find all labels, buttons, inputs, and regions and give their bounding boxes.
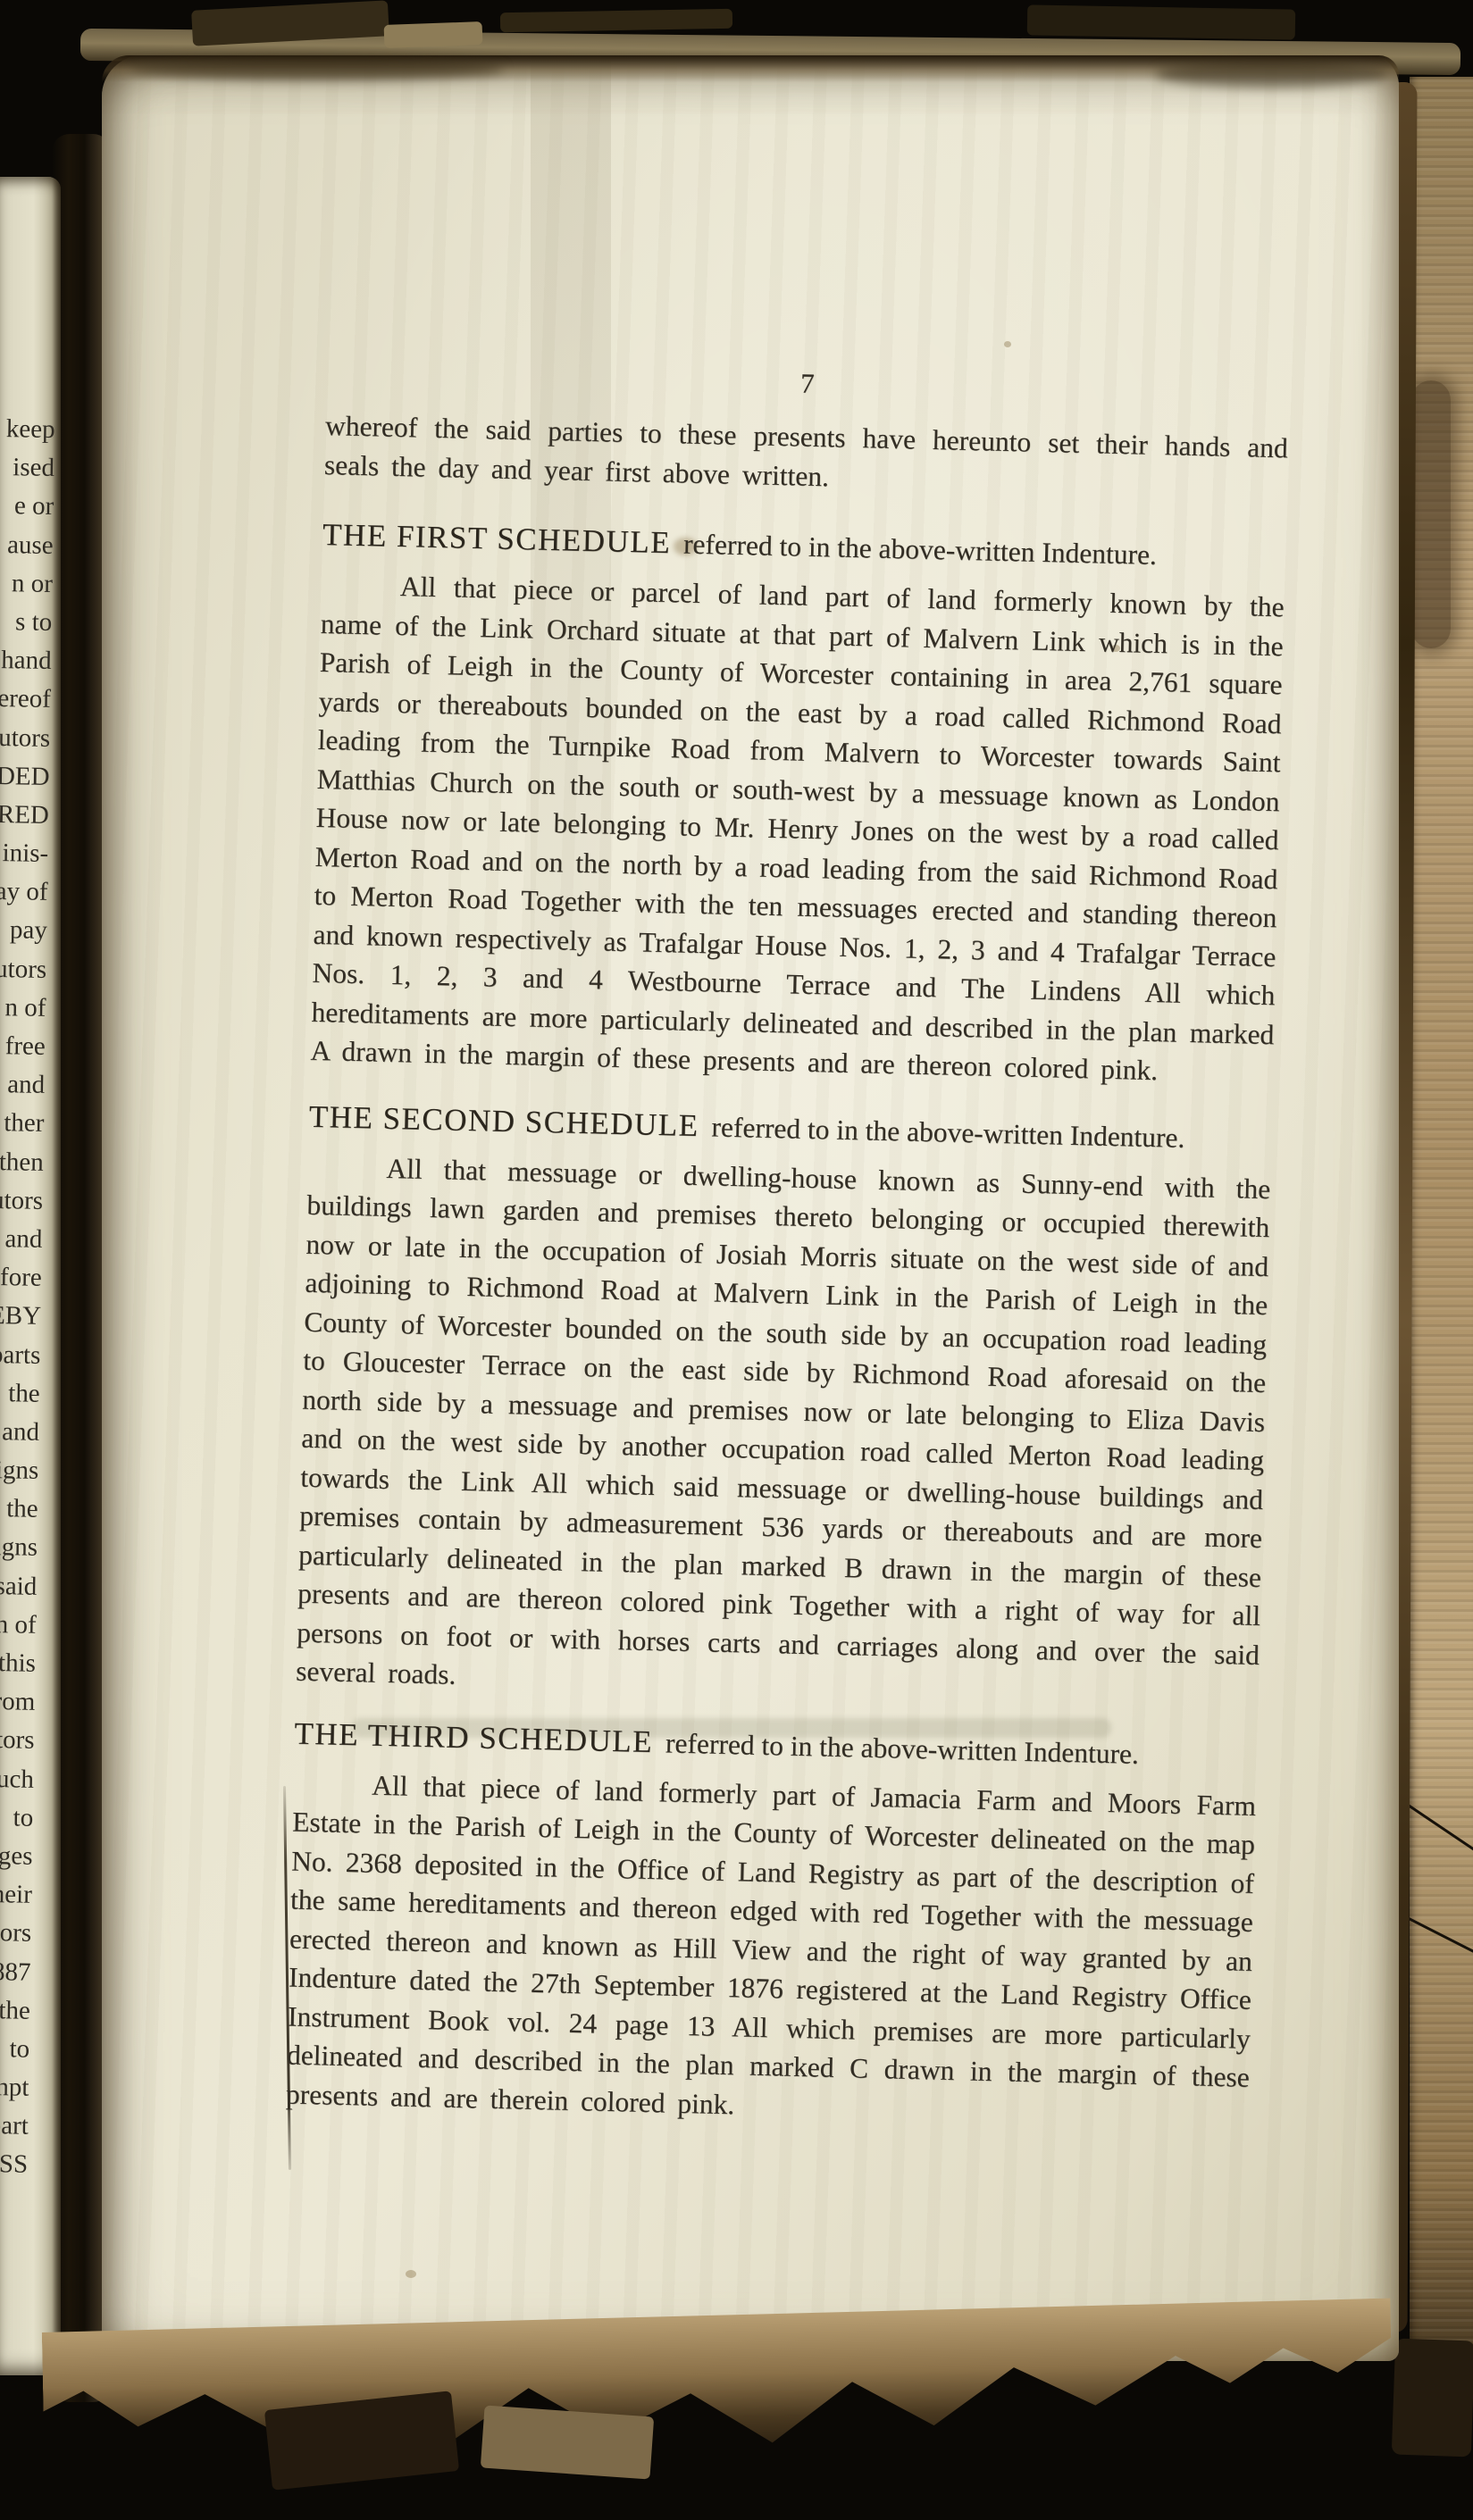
- prev-page-fragment: the: [0, 1991, 30, 2031]
- schedule-body: All that piece of land formerly part of …: [286, 1764, 1257, 2136]
- prev-page-fragment: ther: [0, 1104, 45, 1143]
- schedule-body: All that piece or parcel of land part of…: [310, 565, 1285, 1093]
- prev-page-fragment: and: [0, 1065, 45, 1105]
- schedule-suffix: referred to in the above-written Indentu…: [711, 1111, 1185, 1153]
- prev-page-fragment: ESS: [0, 2145, 28, 2184]
- intro-paragraph: whereof the said parties to these presen…: [324, 406, 1289, 506]
- prev-page-fragment: this: [0, 1644, 36, 1683]
- torn-edge-chunk: [1392, 2338, 1473, 2457]
- prev-page-fragment: uch: [0, 1759, 34, 1798]
- prev-page-fragment: igns: [0, 1528, 38, 1567]
- schedule-third: THE THIRD SCHEDULEreferred to in the abo…: [286, 1714, 1258, 2136]
- prev-page-fragment: ereof: [0, 680, 51, 719]
- burned-debris: [384, 21, 483, 48]
- prev-page-fragment: DED: [0, 757, 50, 797]
- prev-page-fragment: then: [0, 1143, 44, 1182]
- prev-page-fragment: n of: [0, 1606, 37, 1645]
- prev-page-fragment: utors: [0, 950, 47, 989]
- prev-page-fragment: tors: [0, 1721, 35, 1760]
- prev-page-fragment: igns: [0, 1451, 39, 1490]
- prev-page-fragment: s to: [0, 603, 53, 642]
- prev-page-fragment: tors: [0, 1914, 32, 1953]
- document-page: 7 whereof the said parties to these pres…: [102, 55, 1399, 2361]
- prev-page-fragment: npt: [0, 2068, 29, 2107]
- prev-page-fragment: n or: [0, 564, 53, 604]
- prev-page-text: keepisede orausen ors tohandereofutorsDE…: [0, 410, 55, 2184]
- schedule-body: All that messuage or dwelling-house know…: [296, 1147, 1271, 1713]
- prev-page-fragment: to: [0, 1798, 34, 1838]
- book-photo: keepisede orausen ors tohandereofutorsDE…: [0, 0, 1473, 2520]
- prev-page-fragment: hand: [0, 641, 52, 680]
- edge-notch: [1411, 380, 1451, 648]
- prev-page-fragment: e or: [0, 487, 54, 526]
- prev-page-fragment: efore: [0, 1258, 42, 1298]
- prev-page-fragment: ised: [1, 448, 55, 488]
- schedule-first: THE FIRST SCHEDULEreferred to in the abo…: [310, 515, 1285, 1093]
- schedule-title: THE THIRD SCHEDULE: [294, 1715, 653, 1758]
- schedule-second: THE SECOND SCHEDULEreferred to in the ab…: [296, 1097, 1272, 1713]
- prev-page-fragment: utors: [0, 1181, 43, 1221]
- prev-page-fragment: ages: [0, 1837, 33, 1876]
- torn-fragment: [481, 2405, 654, 2479]
- prev-page-fragment: parts: [0, 1335, 41, 1374]
- schedule-title: THE SECOND SCHEDULE: [308, 1098, 699, 1142]
- fox-spot: [406, 2270, 416, 2278]
- page-content: 7 whereof the said parties to these pres…: [286, 353, 1290, 2136]
- prev-page-fragment: inis-: [0, 834, 49, 873]
- prev-page-fragment: n of: [0, 989, 46, 1028]
- prev-page-fragment: free: [0, 1027, 46, 1066]
- schedule-suffix: referred to in the above-written Indentu…: [665, 1727, 1140, 1769]
- prev-page-fragment: and: [0, 1220, 43, 1259]
- page-stack-edge: [1410, 77, 1473, 2363]
- prev-page-fragment: pay: [0, 911, 47, 950]
- prev-page-fragment: said: [0, 1567, 38, 1606]
- prev-page-fragment: keep: [1, 410, 55, 449]
- burned-debris: [1027, 4, 1296, 39]
- burn-blotch: [1156, 61, 1388, 88]
- prev-page-fragment: and: [0, 1413, 39, 1452]
- burned-debris: [500, 9, 732, 33]
- prev-page-fragment: part: [0, 2107, 29, 2146]
- prev-page-fragment: the: [0, 1374, 40, 1414]
- prev-page-fragment: ay of: [0, 872, 48, 912]
- prev-page-fragment: ause: [0, 526, 54, 565]
- schedule-title: THE FIRST SCHEDULE: [322, 517, 672, 560]
- prev-page-fragment: utors: [0, 719, 51, 758]
- prev-page-fragment: 887: [0, 1952, 31, 1991]
- burn-blotch: [129, 57, 504, 80]
- prev-page-fragment: heir: [0, 1875, 32, 1915]
- fox-spot: [1004, 341, 1011, 347]
- schedule-suffix: referred to in the above-written Indentu…: [683, 528, 1158, 570]
- prev-page-fragment: the: [0, 1489, 38, 1529]
- prev-page-fragment: EBY: [0, 1297, 41, 1336]
- prev-page-fragment: to: [0, 2030, 30, 2069]
- prev-page-fragment: RED: [0, 796, 49, 835]
- prev-page-fragment: rom: [0, 1682, 36, 1722]
